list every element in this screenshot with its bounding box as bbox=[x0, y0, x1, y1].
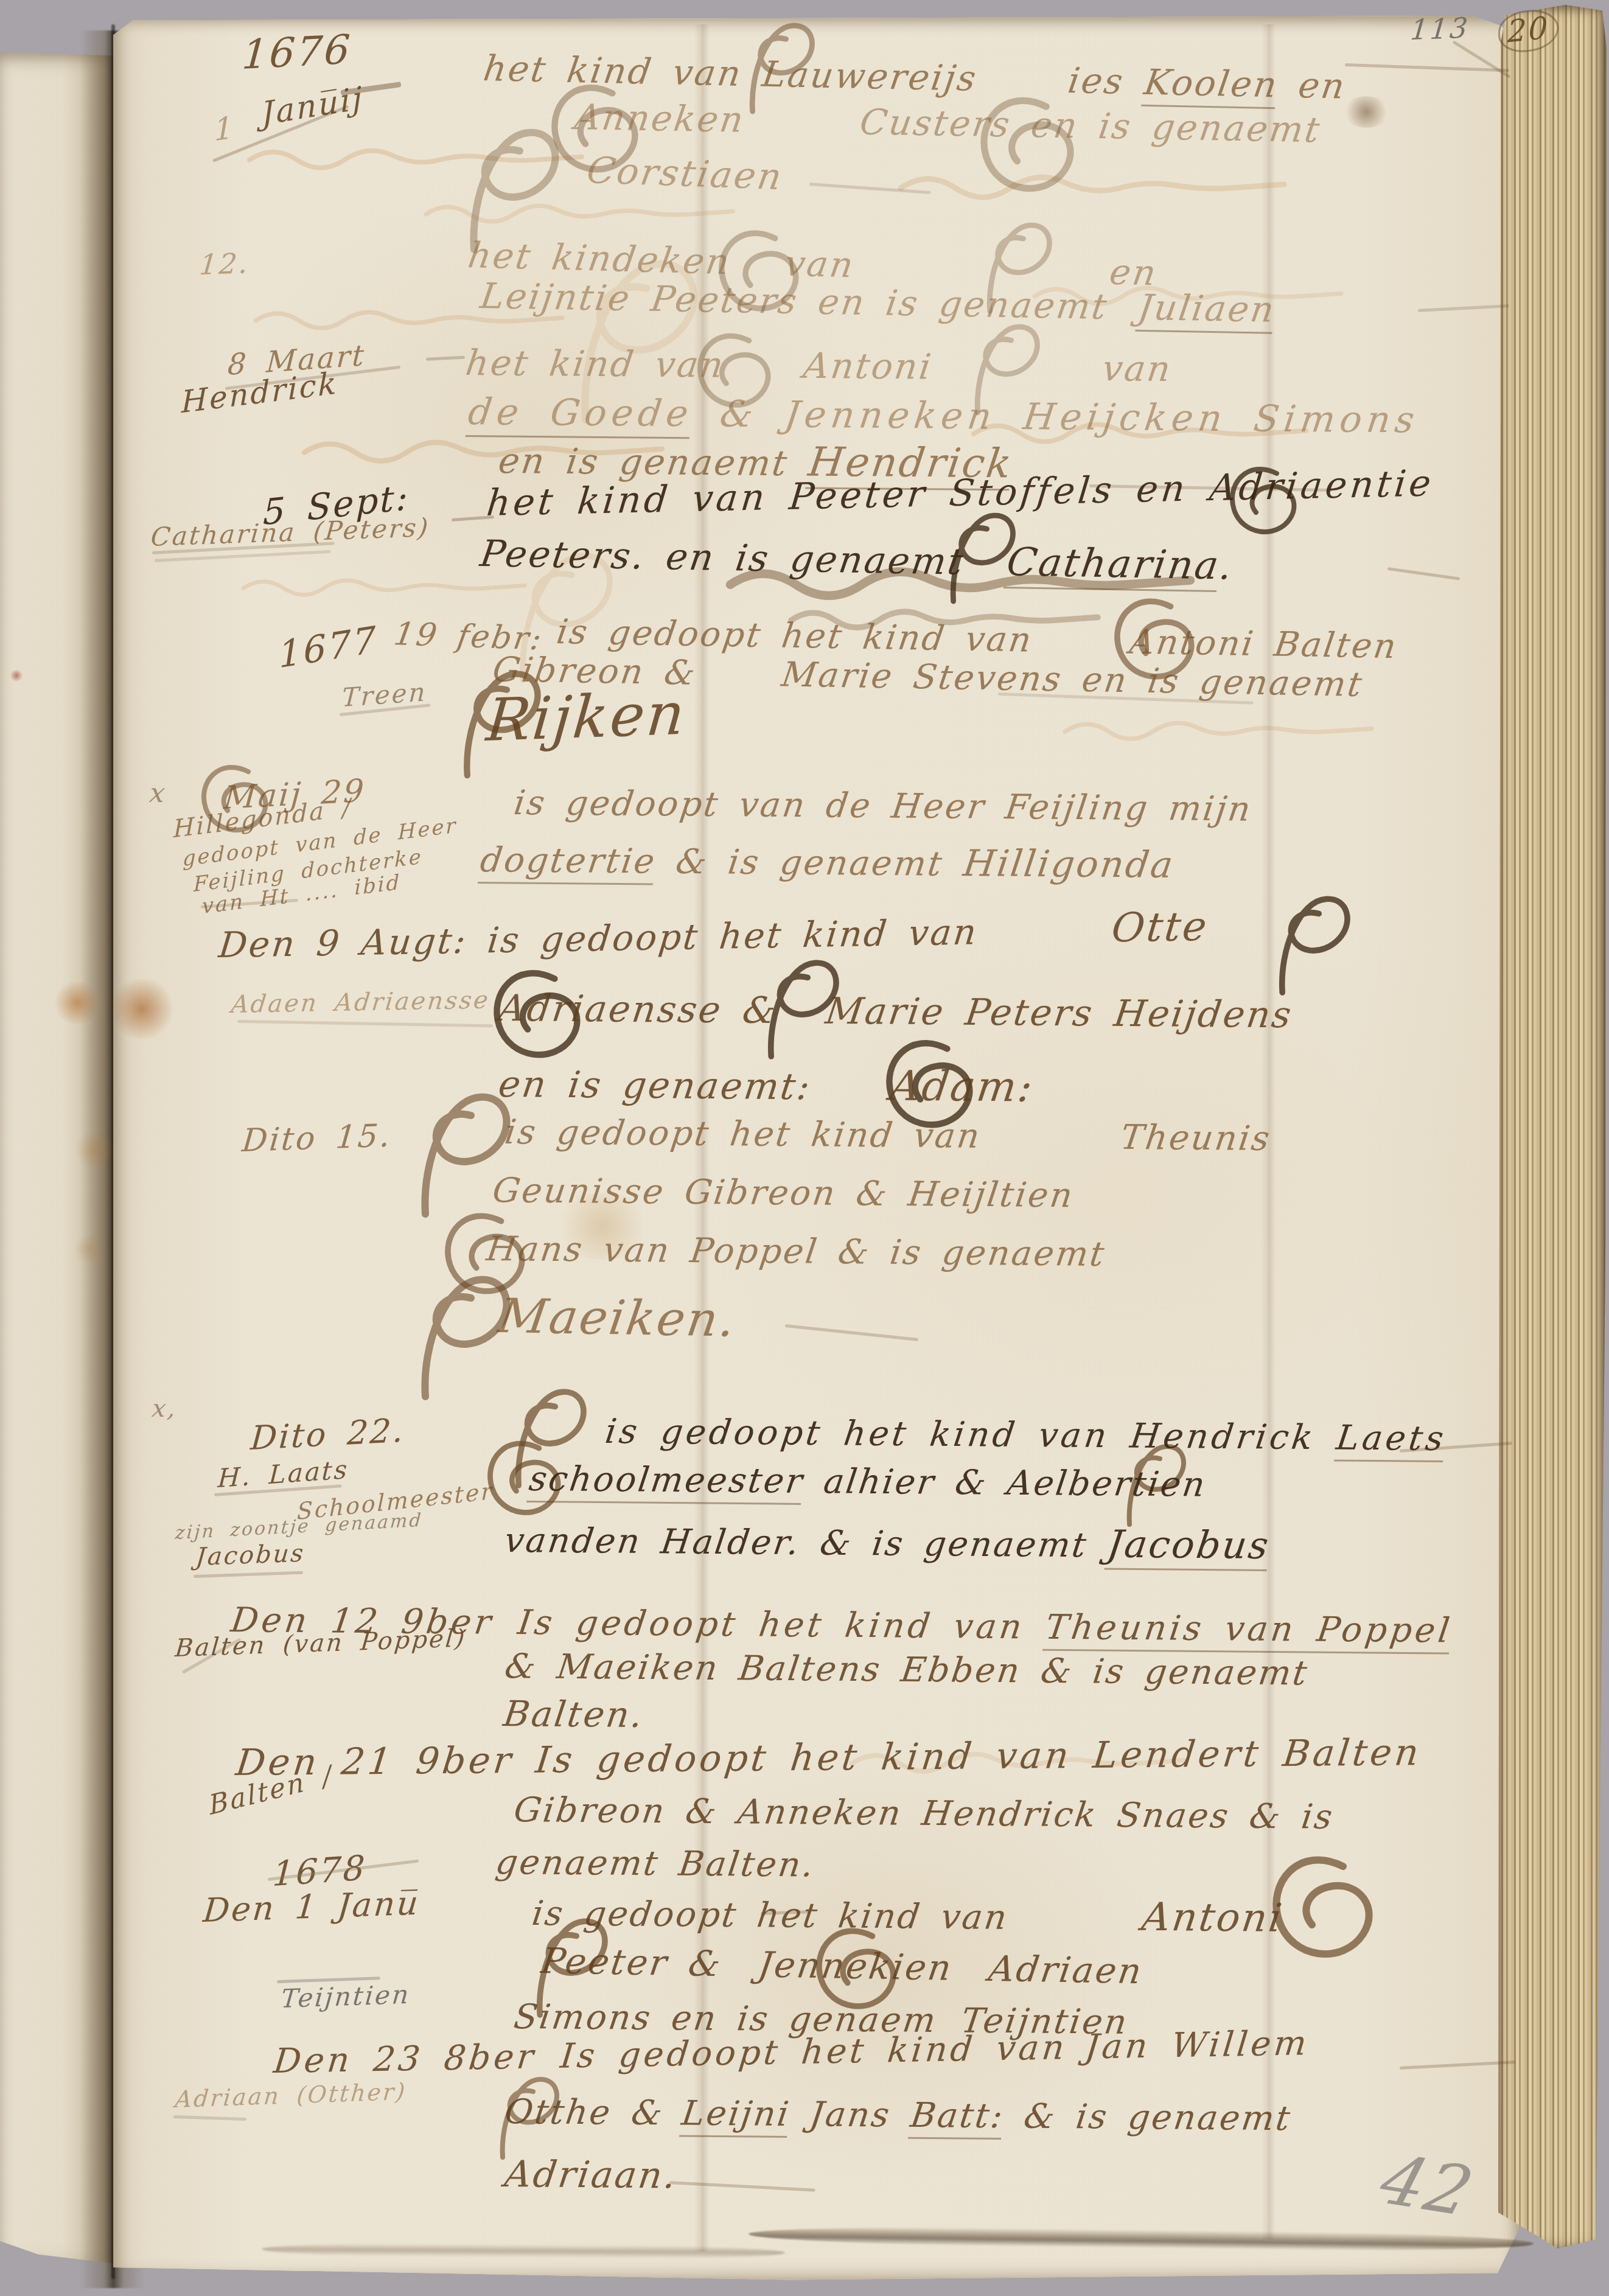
entry10-line2-text: Gibreon & Anneken Hendrick Snaes & is bbox=[512, 1790, 1336, 1837]
entry9-line1-parent: Theunis van Poppel bbox=[1042, 1608, 1454, 1655]
entry7-date-text: Dito 15. bbox=[240, 1117, 393, 1159]
entry11-margin-text: Teijntien bbox=[280, 1979, 412, 2014]
entry6-margin-text: Adaen Adriaensse bbox=[230, 986, 492, 1019]
entry7-line1-b: Theunis bbox=[1119, 1118, 1274, 1159]
entry7-line1: is gedoopt het kind vanTheunis bbox=[503, 1112, 1274, 1159]
entry12-line3-name: Adriaan. bbox=[502, 2153, 680, 2197]
rust-smudge bbox=[73, 1132, 116, 1168]
entry8-line2-schoolmeester: schoolmeester bbox=[526, 1459, 806, 1505]
entry4-baptism-name: Rijken bbox=[484, 679, 689, 755]
entry6-line2-a: Adriaensse & bbox=[496, 987, 780, 1032]
entry2-line2-b: & Jenneken Heijcken Simons bbox=[717, 393, 1422, 442]
folio-number-ink-text: 20 bbox=[1498, 7, 1558, 55]
entry6-line2-b: Marie Peters Heijdens bbox=[823, 990, 1295, 1037]
entry8-date-text: Dito 22. bbox=[250, 1411, 407, 1458]
entry11-date: Den 1 Janu̅ bbox=[201, 1883, 421, 1930]
entry5-line1: is gedoopt van de Heer Feijling mijn bbox=[512, 783, 1255, 829]
entry12-line3: Adriaan. bbox=[502, 2153, 680, 2197]
entry7-line3: Hans van Poppel & is genaemt bbox=[484, 1229, 1108, 1274]
entry2-line1-b: Antoni bbox=[801, 345, 935, 388]
entry10-line2: Gibreon & Anneken Hendrick Snaes & is bbox=[512, 1790, 1336, 1837]
entry0-line1-d: en bbox=[1296, 65, 1349, 106]
rust-stain bbox=[108, 979, 175, 1039]
entry10-line3: genaemt Balten. bbox=[494, 1843, 817, 1885]
entry6-line1-b: Otte bbox=[1109, 903, 1210, 952]
entry8-line2-b: alhier & Aelbertien bbox=[822, 1462, 1209, 1504]
entry8-line1: is gedoopt het kind van Hendrick Laets bbox=[603, 1412, 1449, 1459]
entry2-line1-c: van bbox=[1100, 347, 1175, 389]
entry6-line3-a: en is genaemt: bbox=[496, 1063, 814, 1108]
entry8-line1-laets: Laets bbox=[1333, 1418, 1448, 1462]
entry1-date-text: 12. bbox=[198, 246, 251, 281]
entry5-line2-name: Hilligonda bbox=[961, 842, 1178, 887]
entry8-line1-a: is gedoopt het kind van Hendrick bbox=[603, 1412, 1318, 1457]
entry12-line1-date: Den 23 8ber bbox=[272, 2037, 539, 2081]
entry7-baptism-name: Maeiken. bbox=[495, 1289, 740, 1348]
entry5-line2: dogtertie & is genaemt Hilligonda bbox=[478, 838, 1177, 887]
entry4-line1-b: Antoni Balten bbox=[1127, 623, 1400, 667]
manuscript-scan: 113 20 1676 1 Janu̅ij het kind van Lauwe… bbox=[0, 0, 1609, 2296]
entry11-line2-b: Jennekien bbox=[756, 1944, 955, 1988]
entry7-line2: Geunisse Gibreon & Heijltien bbox=[490, 1171, 1077, 1215]
entry11-line2-a: Peeter & bbox=[539, 1940, 725, 1984]
x-mark: x, bbox=[150, 1395, 179, 1423]
book-fore-edge bbox=[1498, 5, 1607, 2255]
entry0-line1-b: ies bbox=[1066, 60, 1127, 102]
entry8-margin-mark: x, bbox=[150, 1395, 179, 1423]
entry1-date: 12. bbox=[198, 246, 251, 281]
entry7-name-text: Maeiken. bbox=[495, 1289, 740, 1348]
entry12-line2-batt: Batt: bbox=[908, 2096, 1007, 2140]
entry0-line3: Corstiaen bbox=[584, 149, 786, 198]
entry0-day-text: 1 bbox=[214, 110, 235, 148]
entry11-date-text: Den 1 Janu̅ bbox=[201, 1883, 421, 1930]
entry12-line2-c: Jans bbox=[808, 2095, 893, 2135]
folio-number-ink: 20 bbox=[1498, 7, 1558, 55]
entry12-line2-a: Otthe & bbox=[503, 2092, 666, 2133]
entry8-margin4-text: Jacobus bbox=[195, 1540, 306, 1571]
entry2-line2-a: de Goede bbox=[466, 391, 696, 439]
entry7-date: Dito 15. bbox=[240, 1117, 393, 1159]
entry5-line2-b: & is genaemt bbox=[674, 842, 946, 884]
entry12-line2-e: & is genaemt bbox=[1022, 2096, 1294, 2138]
entry11-line2-c: Adriaen bbox=[986, 1948, 1146, 1992]
rust-stain bbox=[54, 981, 101, 1025]
entry9-line2-text: & Maeiken Baltens Ebben & is genaemt bbox=[503, 1647, 1311, 1693]
entry8-margin-line4: Jacobus bbox=[195, 1540, 306, 1571]
entry1-line2-name: Juliaen bbox=[1135, 287, 1278, 334]
entry0-line3-name: Corstiaen bbox=[584, 149, 786, 198]
entry11-margin-pencil: Teijntien bbox=[280, 1979, 412, 2014]
entry9-line3: Balten. bbox=[501, 1693, 647, 1736]
entry6-line2: Adriaensse &Marie Peters Heijdens bbox=[496, 987, 1295, 1036]
entry4-name-text: Rijken bbox=[484, 679, 689, 755]
entry0-line1-koolen: Koolen bbox=[1141, 61, 1281, 109]
entry9-line3-name: Balten. bbox=[501, 1693, 647, 1736]
ink-blot bbox=[1342, 96, 1391, 128]
year-1676-text: 1676 bbox=[240, 26, 353, 79]
entry7-line3-text: Hans van Poppel & is genaemt bbox=[484, 1229, 1108, 1274]
entry11-line1-b: Antoni bbox=[1139, 1895, 1286, 1941]
entry5-line1-text: is gedoopt van de Heer Feijling mijn bbox=[512, 783, 1255, 829]
folio-number-pencil-text: 113 bbox=[1409, 12, 1471, 47]
entry6-line3-name: Adam: bbox=[887, 1063, 1037, 1112]
entry11-line1: is gedoopt het kind vanAntoni bbox=[529, 1889, 1286, 1941]
entry12-line2-leijni: Leijni bbox=[679, 2094, 793, 2138]
entry2-line1: het kind vanAntonivan bbox=[464, 342, 1175, 389]
rust-smudge bbox=[72, 1235, 106, 1263]
entry8-line3: vanden Halder. & is genaemt Jacobus bbox=[502, 1516, 1272, 1568]
entry0-line2-b: Custers en is genaemt bbox=[857, 101, 1324, 150]
entry3-line2-name: Catharina bbox=[1003, 540, 1223, 592]
entry2-line2: de Goede & Jenneken Heijcken Simons bbox=[466, 391, 1422, 442]
entry10-line3-text: genaemt Balten. bbox=[494, 1843, 817, 1885]
entry6-line3: en is genaemt:Adam: bbox=[496, 1059, 1037, 1112]
entry12-line2: Otthe &Leijni Jans Batt: & is genaemt bbox=[503, 2092, 1294, 2138]
entry12-line1-parent: Jan Willem bbox=[1083, 2023, 1311, 2067]
entry8-line3-name: Jacobus bbox=[1105, 1522, 1273, 1571]
entry9-line2: & Maeiken Baltens Ebben & is genaemt bbox=[503, 1647, 1311, 1693]
year-1676: 1676 bbox=[240, 26, 353, 79]
entry9-line1-b: Is gedoopt het kind van bbox=[515, 1603, 1027, 1647]
entry1-line1-b: van bbox=[783, 243, 858, 286]
entry7-line2-text: Geunisse Gibreon & Heijltien bbox=[490, 1171, 1077, 1215]
folio-number-pencil: 113 bbox=[1409, 12, 1471, 47]
entry6-margin: Adaen Adriaensse bbox=[230, 986, 492, 1019]
entry8-line3-a: vanden Halder. & is genaemt bbox=[502, 1521, 1090, 1565]
entry0-day: 1 bbox=[214, 110, 235, 148]
entry7-line1-a: is gedoopt het kind van bbox=[503, 1112, 984, 1156]
entry8-date: Dito 22. bbox=[250, 1411, 407, 1458]
entry8-line2: schoolmeester alhier & Aelbertien bbox=[527, 1459, 1209, 1505]
entry3-line2-a: Peeters. en is genaemt bbox=[478, 532, 968, 584]
entry5-line2-a: dogtertie bbox=[478, 840, 659, 885]
red-speck bbox=[10, 669, 23, 682]
entry0-line2-a: Anneken bbox=[572, 96, 747, 141]
entry2-line1-a: het kind van bbox=[464, 342, 728, 386]
entry11-line1-a: is gedoopt het kind van bbox=[529, 1894, 1011, 1938]
